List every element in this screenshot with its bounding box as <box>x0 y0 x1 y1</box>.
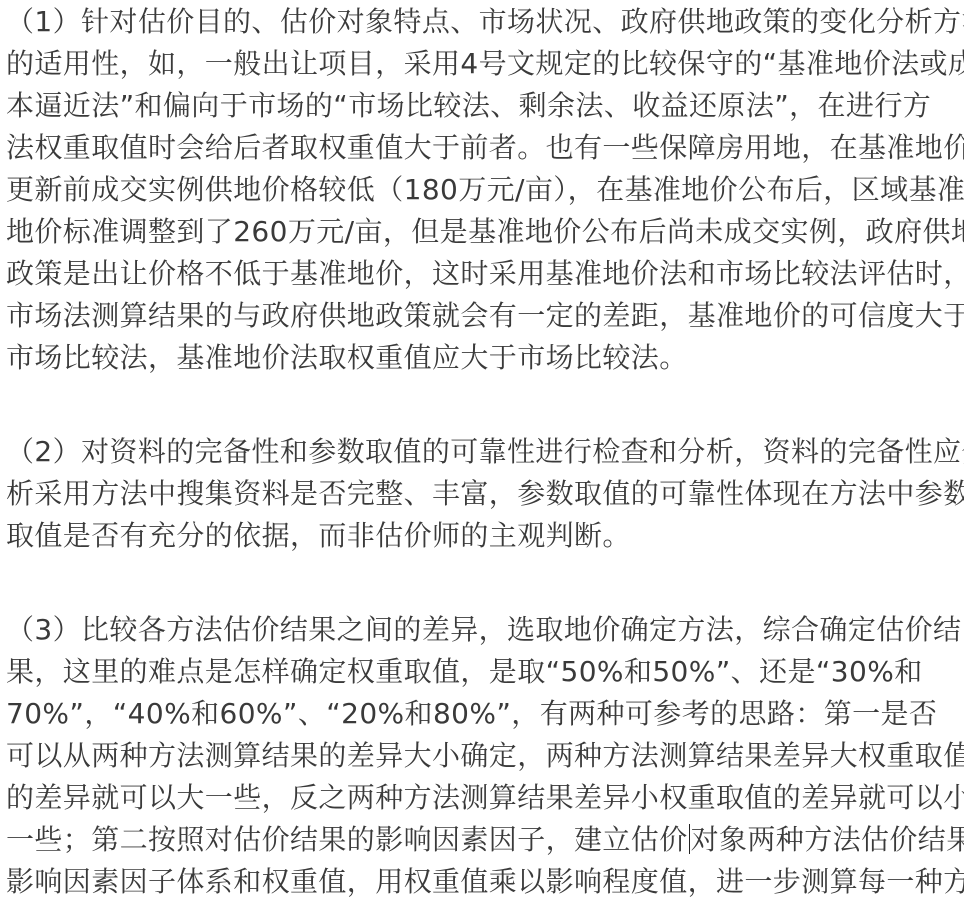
text-line: 市场法测算结果的与政府供地政策就会有一定的差距，基准地价的可信度大于 <box>6 295 960 337</box>
text-line: 政策是出让价格不低于基准地价，这时采用基准地价法和市场比较法评估时， <box>6 253 960 295</box>
text-line: 本逼近法”和偏向于市场的“市场比较法、剩余法、收益还原法”，在进行方 <box>6 85 960 127</box>
text-line: 更新前成交实例供地价格较低（180万元/亩），在基准地价公布后，区域基准 <box>6 169 960 211</box>
text-line: 可以从两种方法测算结果的差异大小确定，两种方法测算结果差异大权重取值 <box>6 735 960 777</box>
text-line: （1）针对估价目的、估价对象特点、市场状况、政府供地政策的变化分析方法 <box>6 1 960 43</box>
text-line: 市场比较法，基准地价法取权重值应大于市场比较法。 <box>6 337 960 379</box>
text-line: （2）对资料的完备性和参数取值的可靠性进行检查和分析，资料的完备性应分 <box>6 431 960 473</box>
text-line: 取值是否有充分的依据，而非估价师的主观判断。 <box>6 515 960 557</box>
paragraph-3: （3）比较各方法估价结果之间的差异，选取地价确定方法，综合确定估价结 果，这里的… <box>6 609 960 903</box>
text-line-with-caret[interactable]: 一些；第二按照对估价结果的影响因素因子，建立估价对象两种方法估价结果 <box>6 819 960 861</box>
text-before-caret: 一些；第二按照对估价结果的影响因素因子，建立估价 <box>6 823 688 856</box>
paragraph-2: （2）对资料的完备性和参数取值的可靠性进行检查和分析，资料的完备性应分 析采用方… <box>6 431 960 557</box>
text-line: 地价标准调整到了260万元/亩，但是基准地价公布后尚未成交实例，政府供地 <box>6 211 960 253</box>
text-after-caret: 对象两种方法估价结果 <box>691 823 964 856</box>
text-line: （3）比较各方法估价结果之间的差异，选取地价确定方法，综合确定估价结 <box>6 609 960 651</box>
text-line: 的差异就可以大一些，反之两种方法测算结果差异小权重取值的差异就可以小 <box>6 777 960 819</box>
article-body: （1）针对估价目的、估价对象特点、市场状况、政府供地政策的变化分析方法 的适用性… <box>0 0 964 903</box>
text-line: 析采用方法中搜集资料是否完整、丰富，参数取值的可靠性体现在方法中参数 <box>6 473 960 515</box>
text-line: 影响因素因子体系和权重值，用权重值乘以影响程度值，进一步测算每一种方 <box>6 861 960 903</box>
text-line: 果，这里的难点是怎样确定权重取值，是取“50%和50%”、还是“30%和 <box>6 651 960 693</box>
text-line: 法权重取值时会给后者取权重值大于前者。也有一些保障房用地，在基准地价 <box>6 127 960 169</box>
text-line: 70%”，“40%和60%”、“20%和80%”，有两种可参考的思路：第一是否 <box>6 693 960 735</box>
text-line: 的适用性，如，一般出让项目，采用4号文规定的比较保守的“基准地价法或成 <box>6 43 960 85</box>
paragraph-1: （1）针对估价目的、估价对象特点、市场状况、政府供地政策的变化分析方法 的适用性… <box>6 0 960 379</box>
text-cursor <box>689 824 690 854</box>
